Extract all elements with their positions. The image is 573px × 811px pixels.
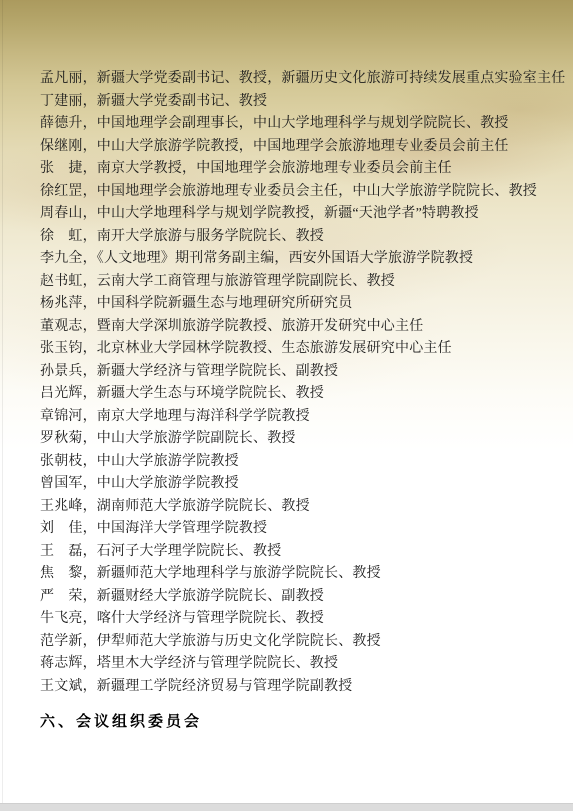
- member-line: 罗秋菊，中山大学旅游学院副院长、教授: [40, 428, 550, 451]
- member-line: 周春山，中山大学地理科学与规划学院教授，新疆“天池学者”特聘教授: [40, 203, 550, 226]
- member-line: 保继刚，中山大学旅游学院教授，中国地理学会旅游地理专业委员会前主任: [40, 136, 550, 159]
- member-line: 章锦河，南京大学地理与海洋科学学院教授: [40, 406, 550, 429]
- member-line: 薛德升，中国地理学会副理事长，中山大学地理科学与规划学院院长、教授: [40, 113, 550, 136]
- member-line: 杨兆萍，中国科学院新疆生态与地理研究所研究员: [40, 293, 550, 316]
- member-line: 孟凡丽，新疆大学党委副书记、教授，新疆历史文化旅游可持续发展重点实验室主任: [40, 68, 550, 91]
- member-line: 吕光辉，新疆大学生态与环境学院院长、教授: [40, 383, 550, 406]
- member-line: 牛飞亮，喀什大学经济与管理学院院长、教授: [40, 608, 550, 631]
- member-line: 孙景兵，新疆大学经济与管理学院院长、副教授: [40, 361, 550, 384]
- member-line: 赵书虹，云南大学工商管理与旅游管理学院副院长、教授: [40, 271, 550, 294]
- member-line: 焦 黎，新疆师范大学地理科学与旅游学院院长、教授: [40, 563, 550, 586]
- member-line: 王 磊，石河子大学理学院院长、教授: [40, 541, 550, 564]
- member-line: 蒋志辉，塔里木大学经济与管理学院院长、教授: [40, 653, 550, 676]
- member-line: 曾国军，中山大学旅游学院教授: [40, 473, 550, 496]
- member-line: 刘 佳，中国海洋大学管理学院教授: [40, 518, 550, 541]
- member-line: 张 捷，南京大学教授，中国地理学会旅游地理专业委员会前主任: [40, 158, 550, 181]
- viewer-bottom-strip: [0, 803, 573, 811]
- member-line: 王兆峰，湖南师范大学旅游学院院长、教授: [40, 496, 550, 519]
- document-page: 孟凡丽，新疆大学党委副书记、教授，新疆历史文化旅游可持续发展重点实验室主任 丁建…: [0, 0, 573, 811]
- member-line: 丁建丽，新疆大学党委副书记、教授: [40, 91, 550, 114]
- member-line: 范学新，伊犁师范大学旅游与历史文化学院院长、教授: [40, 631, 550, 654]
- committee-member-list: 孟凡丽，新疆大学党委副书记、教授，新疆历史文化旅游可持续发展重点实验室主任 丁建…: [40, 68, 550, 698]
- member-line: 徐红罡，中国地理学会旅游地理专业委员会主任，中山大学旅游学院院长、教授: [40, 181, 550, 204]
- member-line: 李九全，《人文地理》期刊常务副主编，西安外国语大学旅游学院教授: [40, 248, 550, 271]
- member-line: 董观志，暨南大学深圳旅游学院教授、旅游开发研究中心主任: [40, 316, 550, 339]
- member-line: 王文斌，新疆理工学院经济贸易与管理学院副教授: [40, 676, 550, 699]
- section-heading-organizing-committee: 六、会议组织委员会: [40, 712, 202, 732]
- member-line: 张朝枝，中山大学旅游学院教授: [40, 451, 550, 474]
- member-line: 张玉钧，北京林业大学园林学院教授、生态旅游发展研究中心主任: [40, 338, 550, 361]
- member-line: 严 荣，新疆财经大学旅游学院院长、副教授: [40, 586, 550, 609]
- member-line: 徐 虹，南开大学旅游与服务学院院长、教授: [40, 226, 550, 249]
- page-left-edge-line: [2, 0, 3, 803]
